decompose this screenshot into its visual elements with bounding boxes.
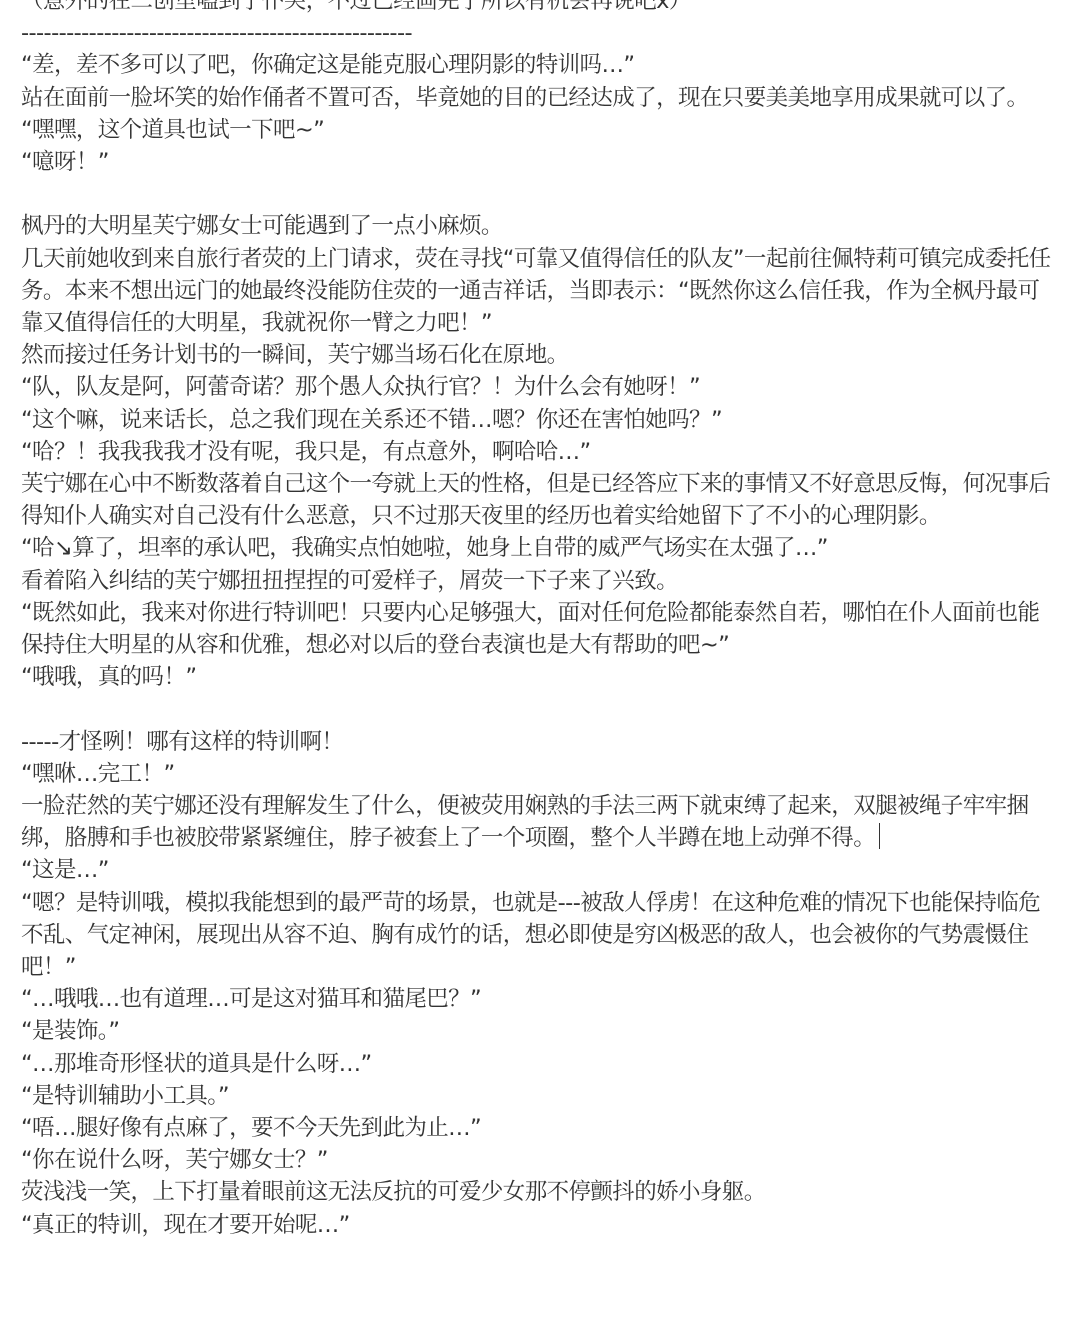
paragraph: “既然如此，我来对你进行特训吧！只要内心足够强大，面对任何危险都能泰然自若，哪怕…	[21, 597, 1056, 661]
paragraph: “哈？！我我我我才没有呢，我只是，有点意外，啊哈哈…”	[21, 436, 1056, 468]
paragraph: “嘿嘿，这个道具也试一下吧~”	[21, 114, 1056, 146]
text-cursor	[879, 823, 880, 849]
paragraph: “…哦哦…也有道理…可是这对猫耳和猫尾巴？”	[21, 983, 1056, 1015]
paragraph: “这是…”	[21, 854, 1056, 886]
paragraph-with-caret[interactable]: 一脸茫然的芙宁娜还没有理解发生了什么，便被荧用娴熟的手法三两下就束缚了起来，双腿…	[21, 790, 1056, 854]
paragraph: 荧浅浅一笑，上下打量着眼前这无法反抗的可爱少女那不停颤抖的娇小身躯。	[21, 1176, 1056, 1208]
paragraph: 几天前她收到来自旅行者荧的上门请求，荧在寻找“可靠又值得信任的队友”一起前往佩特…	[21, 243, 1056, 340]
paragraph: “唔…腿好像有点麻了，要不今天先到此为止…”	[21, 1112, 1056, 1144]
paragraph: “是特训辅助小工具。”	[21, 1080, 1056, 1112]
paragraph: 然而接过任务计划书的一瞬间，芙宁娜当场石化在原地。	[21, 339, 1056, 371]
paragraph: “是装饰。”	[21, 1015, 1056, 1047]
paragraph: “真正的特训，现在才要开始呢…”	[21, 1209, 1056, 1241]
paragraph: -----才怪咧！哪有这样的特训啊！	[21, 726, 1056, 758]
paragraph: “嗯？是特训哦，模拟我能想到的最严苛的场景，也就是---被敌人俘虏！在这种危难的…	[21, 887, 1056, 984]
paragraph: 枫丹的大明星芙宁娜女士可能遇到了一点小麻烦。	[21, 210, 1056, 242]
paragraph: “哦哦，真的吗！”	[21, 661, 1056, 693]
paragraph: “…那堆奇形怪状的道具是什么呀…”	[21, 1048, 1056, 1080]
paragraph: 芙宁娜在心中不断数落着自己这个一夸就上天的性格，但是已经答应下来的事情又不好意思…	[21, 468, 1056, 532]
document-body: （意外的在二创里嗑到了仆芙，不过已经画完了所以有机会再说吧x） --------…	[21, 0, 1056, 1241]
paragraph: “哈↘算了，坦率的承认吧，我确实点怕她啦，她身上自带的威严气场实在太强了…”	[21, 532, 1056, 564]
paragraph: “队，队友是阿，阿蕾奇诺？那个愚人众执行官？！为什么会有她呀！”	[21, 371, 1056, 403]
paragraph: “你在说什么呀，芙宁娜女士？”	[21, 1144, 1056, 1176]
paragraph: “嘿咻…完工！”	[21, 758, 1056, 790]
blank-line	[21, 178, 1056, 210]
paragraph: “差，差不多可以了吧，你确定这是能克服心理阴影的特训吗…”	[21, 49, 1056, 81]
paragraph: “噫呀！”	[21, 146, 1056, 178]
paragraph: 站在面前一脸坏笑的始作俑者不置可否，毕竟她的目的已经达成了，现在只要美美地享用成…	[21, 82, 1056, 114]
paragraph: 看着陷入纠结的芙宁娜扭扭捏捏的可爱样子，屑荧一下子来了兴致。	[21, 565, 1056, 597]
intro-note: （意外的在二创里嗑到了仆芙，不过已经画完了所以有机会再说吧x）	[21, 0, 1056, 17]
separator-line: ----------------------------------------…	[21, 17, 1056, 49]
blank-line	[21, 693, 1056, 725]
paragraph: “这个嘛，说来话长，总之我们现在关系还不错…嗯？你还在害怕她吗？”	[21, 404, 1056, 436]
paragraph-text: 一脸茫然的芙宁娜还没有理解发生了什么，便被荧用娴熟的手法三两下就束缚了起来，双腿…	[21, 793, 1028, 851]
